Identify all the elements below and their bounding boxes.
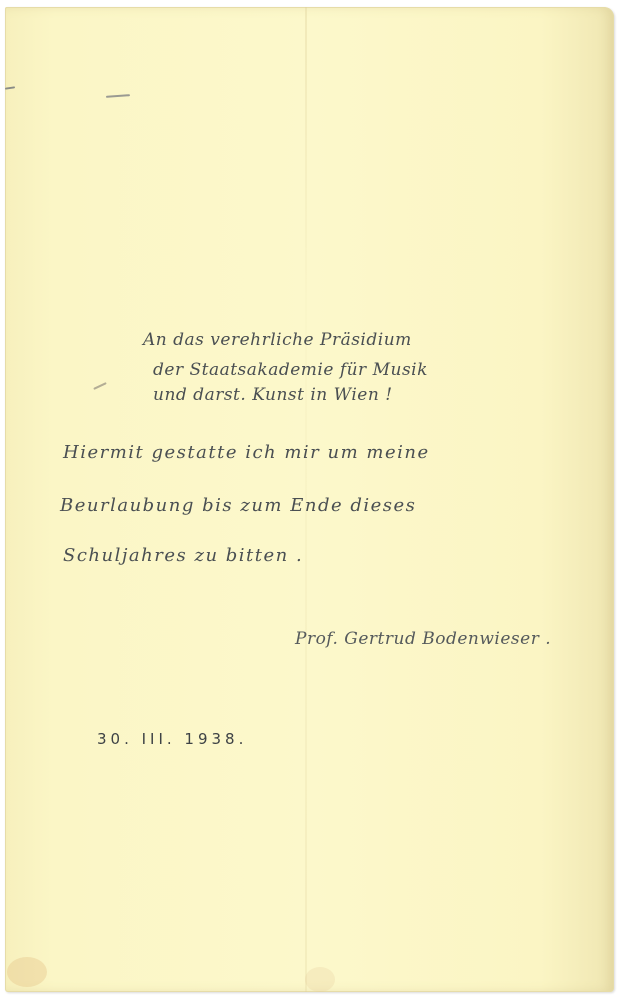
body-line-1: Hiermit gestatte ich mir um meine (63, 442, 430, 463)
body-line-2: Beurlaubung bis zum Ende dieses (60, 495, 416, 516)
pencil-mark (106, 94, 130, 98)
address-line-1: An das verehrliche Präsidium (143, 330, 412, 350)
letter-page: An das verehrliche Präsidium der Staatsa… (5, 7, 614, 992)
address-line-2: der Staatsakademie für Musik (153, 360, 428, 380)
pencil-mark (93, 382, 107, 390)
paper-stain (305, 967, 335, 992)
body-line-3: Schuljahres zu bitten . (63, 545, 303, 566)
date: 30. III. 1938. (97, 730, 247, 748)
address-line-3: und darst. Kunst in Wien ! (153, 385, 393, 405)
paper-stain (7, 957, 47, 987)
pencil-mark (5, 86, 15, 89)
signature: Prof. Gertrud Bodenwieser . (295, 629, 551, 649)
